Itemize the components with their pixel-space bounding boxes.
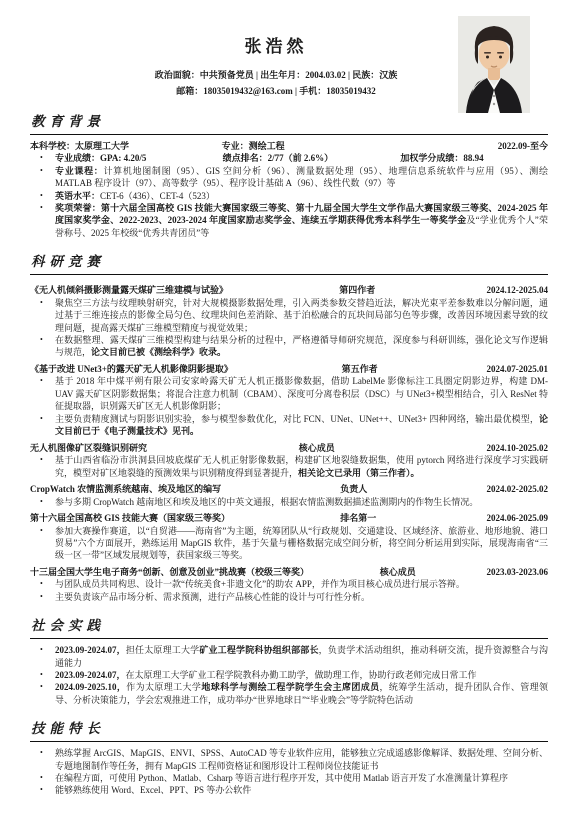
education-gpa-row: • 专业成绩：GPA: 4.20/5 绩点排名：2/77（前 2.6%） 加权学…	[30, 152, 548, 164]
project-role: 核心成员	[380, 566, 416, 579]
project-role: 第五作者	[342, 363, 378, 376]
project-date: 2023.03-2023.06	[487, 566, 549, 579]
practice-text: 作为太原理工大学	[126, 682, 201, 692]
skill-text: 熟练掌握 ArcGIS、MapGIS、ENVI、SPSS、AutoCAD 等专业…	[55, 747, 548, 772]
research-item-title-row: CropWatch 农情监测系统越南、埃及地区的编写 负责人 2024.02-2…	[30, 483, 548, 496]
education-section: 本科学校：太原理工大学 专业：测绘工程 2022.09-至今 • 专业成绩：GP…	[30, 135, 548, 239]
resume-page: 张浩然 政治面貌：中共预备党员 | 出生年月：2004.03.02 | 民族：汉…	[0, 0, 578, 814]
weighted-score-value: 加权学分成绩：88.94	[400, 152, 548, 164]
project-title: 《无人机倾斜摄影测量露天煤矿三维建模与试验》	[30, 284, 228, 297]
bullet-icon: •	[40, 784, 55, 796]
bullet-icon: •	[40, 747, 55, 772]
research-item: 第十六届全国高校 GIS 技能大赛（国家级三等奖） 排名第一 2024.06-2…	[30, 512, 548, 562]
research-bullet: • 基于 2018 年中煤平朔有限公司安家岭露天矿无人机正摄影像数据，借助 La…	[30, 375, 548, 412]
project-date: 2024.10-2025.02	[487, 442, 549, 455]
bullet-text: 与团队成员共同构思、设计一款“传统美食+非遗文化”的助农 APP，并作为项目核心…	[55, 579, 465, 589]
practice-bold-text: 地球科学与测绘工程学院学生会主席团成员	[201, 682, 379, 692]
bullet-icon: •	[40, 496, 55, 508]
research-section: 《无人机倾斜摄影测量露天煤矿三维建模与试验》 第四作者 2024.12-2025…	[30, 275, 548, 603]
practice-date: 2023.09-2024.07，	[55, 645, 126, 655]
research-item: 《无人机倾斜摄影测量露天煤矿三维建模与试验》 第四作者 2024.12-2025…	[30, 284, 548, 359]
practice-section: • 2023.09-2024.07，担任太原理工大学矿业工程学院科协组织部部长，…	[30, 639, 548, 706]
skill-bullet: • 能够熟练使用 Word、Excel、PPT、PS 等办公软件	[30, 784, 548, 796]
major-name: 专业：测绘工程	[222, 140, 498, 152]
bullet-icon: •	[40, 591, 55, 603]
research-bullet: • 基于山西省临汾市洪洞县回坡底煤矿无人机正射影像数据，构建矿区地裂缝数据集，使…	[30, 454, 548, 479]
research-item-title-row: 无人机图像矿区裂缝识别研究 核心成员 2024.10-2025.02	[30, 442, 548, 455]
project-role: 第四作者	[339, 284, 375, 297]
header-info-line-2: 邮箱：18035019432@163.com | 手机：18035019432	[30, 83, 522, 99]
research-bullet: • 与团队成员共同构思、设计一款“传统美食+非遗文化”的助农 APP，并作为项目…	[30, 578, 548, 590]
project-role: 排名第一	[340, 512, 376, 525]
rank-value: 绩点排名：2/77（前 2.6%）	[223, 152, 401, 164]
bullet-icon: •	[40, 297, 55, 334]
bullet-icon: •	[40, 578, 55, 590]
practice-bullet: • 2024.09-2025.10，作为太原理工大学地球科学与测绘工程学院学生会…	[30, 681, 548, 706]
skills-section: • 熟练掌握 ArcGIS、MapGIS、ENVI、SPSS、AutoCAD 等…	[30, 742, 548, 797]
english-label: 英语水平：	[55, 191, 100, 201]
bullet-text: 主要负责该产品市场分析、需求预测，进行产品核心性能的设计与可行性分析。	[55, 592, 370, 602]
bullet-icon: •	[40, 152, 55, 164]
research-item-title-row: 十三届全国大学生电子商务“创新、创意及创业”挑战赛（校级三等奖） 核心成员 20…	[30, 566, 548, 579]
bullet-icon: •	[40, 681, 55, 706]
skill-bullet: • 熟练掌握 ArcGIS、MapGIS、ENVI、SPSS、AutoCAD 等…	[30, 747, 548, 772]
project-title: 《基于改进 UNet3+的露天矿无人机影像阴影提取》	[30, 363, 233, 376]
project-title: 第十六届全国高校 GIS 技能大赛（国家级三等奖）	[30, 512, 230, 525]
project-title: 十三届全国大学生电子商务“创新、创意及创业”挑战赛（校级三等奖）	[30, 566, 309, 579]
school-name: 本科学校：太原理工大学	[30, 140, 222, 152]
research-item-title-row: 《无人机倾斜摄影测量露天煤矿三维建模与试验》 第四作者 2024.12-2025…	[30, 284, 548, 297]
research-item-title-row: 第十六届全国高校 GIS 技能大赛（国家级三等奖） 排名第一 2024.06-2…	[30, 512, 548, 525]
awards-label: 奖项荣誉：	[55, 203, 101, 213]
candidate-name: 张浩然	[30, 32, 522, 57]
research-item: 无人机图像矿区裂缝识别研究 核心成员 2024.10-2025.02 • 基于山…	[30, 442, 548, 479]
practice-bullet: • 2023.09-2024.07，在太原理工大学矿业工程学院教科办勤工助学，做…	[30, 669, 548, 681]
bullet-text: 参与多期 CropWatch 越南地区和埃及地区的中英文通报，根据农情监测数据描…	[55, 497, 478, 507]
project-date: 2024.12-2025.04	[487, 284, 549, 297]
bullet-icon: •	[40, 669, 55, 681]
section-heading-practice: 社会实践	[30, 614, 548, 639]
skill-text: 能够熟练使用 Word、Excel、PPT、PS 等办公软件	[55, 784, 548, 796]
bullet-text: 聚焦空三方法与纹理映射研究，针对大规模摄影数据处理，引入两类参数交替趋近法，解决…	[55, 298, 548, 333]
education-date: 2022.09-至今	[498, 140, 548, 152]
section-heading-education: 教育背景	[30, 110, 548, 135]
bullet-icon: •	[40, 772, 55, 784]
research-item: 十三届全国大学生电子商务“创新、创意及创业”挑战赛（校级三等奖） 核心成员 20…	[30, 566, 548, 603]
research-bullet: • 主要负责该产品市场分析、需求预测，进行产品核心性能的设计与可行性分析。	[30, 591, 548, 603]
bullet-icon: •	[40, 334, 55, 359]
bullet-icon: •	[40, 165, 55, 190]
education-awards-row: • 奖项荣誉：第十六届全国高校 GIS 技能大赛国家级三等奖、第十九届全国大学生…	[30, 202, 548, 239]
practice-bullet: • 2023.09-2024.07，担任太原理工大学矿业工程学院科协组织部部长，…	[30, 644, 548, 669]
project-title: CropWatch 农情监测系统越南、埃及地区的编写	[30, 483, 221, 496]
practice-text: 担任太原理工大学	[126, 645, 199, 655]
bullet-bold-tail: 相关论文已录用（第三作者）。	[298, 468, 420, 478]
bullet-icon: •	[40, 375, 55, 412]
id-photo	[458, 16, 530, 113]
project-role: 负责人	[340, 483, 367, 496]
research-bullet: • 在数据整理、露天煤矿三维模型构建与结果分析的过程中，严格遵循导师研究规范，深…	[30, 334, 548, 359]
courses-label: 专业课程：	[55, 166, 103, 176]
bullet-bold-tail: 论文目前已被《测绘科学》收录。	[91, 347, 226, 357]
practice-date: 2024.09-2025.10，	[55, 682, 126, 692]
project-date: 2024.02-2025.02	[486, 483, 548, 496]
research-bullet: • 参加大赛操作赛道，以“自贸港——海南省”为主题，统筹团队从“行政规划、交通建…	[30, 525, 548, 562]
bullet-icon: •	[40, 454, 55, 479]
project-date: 2024.06-2025.09	[487, 512, 549, 525]
header-info-line-1: 政治面貌：中共预备党员 | 出生年月：2004.03.02 | 民族：汉族	[30, 67, 522, 83]
practice-bold-text: 矿业工程学院科协组织部部长	[199, 645, 318, 655]
research-item: CropWatch 农情监测系统越南、埃及地区的编写 负责人 2024.02-2…	[30, 483, 548, 508]
project-date: 2024.07-2025.01	[486, 363, 548, 376]
bullet-text: 主要负责精度测试与阴影识别实验，参与模型参数优化，对比 FCN、UNet、UNe…	[55, 414, 539, 424]
bullet-text: 参加大赛操作赛道，以“自贸港——海南省”为主题，统筹团队从“行政规划、交通建设、…	[55, 526, 548, 561]
bullet-icon: •	[40, 202, 55, 239]
education-english-row: • 英语水平：CET-6（436）、CET-4（523）	[30, 190, 548, 202]
research-bullet: • 聚焦空三方法与纹理映射研究，针对大规模摄影数据处理，引入两类参数交替趋近法，…	[30, 297, 548, 334]
practice-date: 2023.09-2024.07，	[55, 670, 126, 680]
resume-header: 张浩然 政治面貌：中共预备党员 | 出生年月：2004.03.02 | 民族：汉…	[30, 32, 522, 99]
skill-text: 在编程方面，可使用 Python、Matlab、Csharp 等语言进行程序开发…	[55, 772, 548, 784]
bullet-text: 基于 2018 年中煤平朔有限公司安家岭露天矿无人机正摄影像数据，借助 Labe…	[55, 376, 548, 411]
english-text: CET-6（436）、CET-4（523）	[100, 191, 215, 201]
education-courses-row: • 专业课程：计算机地图制图（95）、GIS 空间分析（96）、测量数据处理（9…	[30, 165, 548, 190]
section-heading-skills: 技能特长	[30, 717, 548, 742]
project-role: 核心成员	[299, 442, 335, 455]
research-item: 《基于改进 UNet3+的露天矿无人机影像阴影提取》 第五作者 2024.07-…	[30, 363, 548, 438]
education-main-row: 本科学校：太原理工大学 专业：测绘工程 2022.09-至今	[30, 140, 548, 152]
bullet-icon: •	[40, 644, 55, 669]
skill-bullet: • 在编程方面，可使用 Python、Matlab、Csharp 等语言进行程序…	[30, 772, 548, 784]
research-bullet: • 主要负责精度测试与阴影识别实验，参与模型参数优化，对比 FCN、UNet、U…	[30, 413, 548, 438]
research-item-title-row: 《基于改进 UNet3+的露天矿无人机影像阴影提取》 第五作者 2024.07-…	[30, 363, 548, 376]
research-bullet: • 参与多期 CropWatch 越南地区和埃及地区的中英文通报，根据农情监测数…	[30, 496, 548, 508]
portrait-photo-icon	[458, 16, 530, 113]
section-heading-research: 科研竞赛	[30, 250, 548, 275]
bullet-icon: •	[40, 413, 55, 438]
courses-text: 计算机地图制图（95）、GIS 空间分析（96）、测量数据处理（95）、地理信息…	[55, 166, 548, 188]
project-title: 无人机图像矿区裂缝识别研究	[30, 442, 147, 455]
gpa-value: 专业成绩：GPA: 4.20/5	[55, 152, 223, 164]
practice-text: 在太原理工大学矿业工程学院教科办勤工助学，做助理工作，协助行政老师完成日常工作	[126, 670, 477, 680]
bullet-icon: •	[40, 190, 55, 202]
bullet-icon: •	[40, 525, 55, 562]
